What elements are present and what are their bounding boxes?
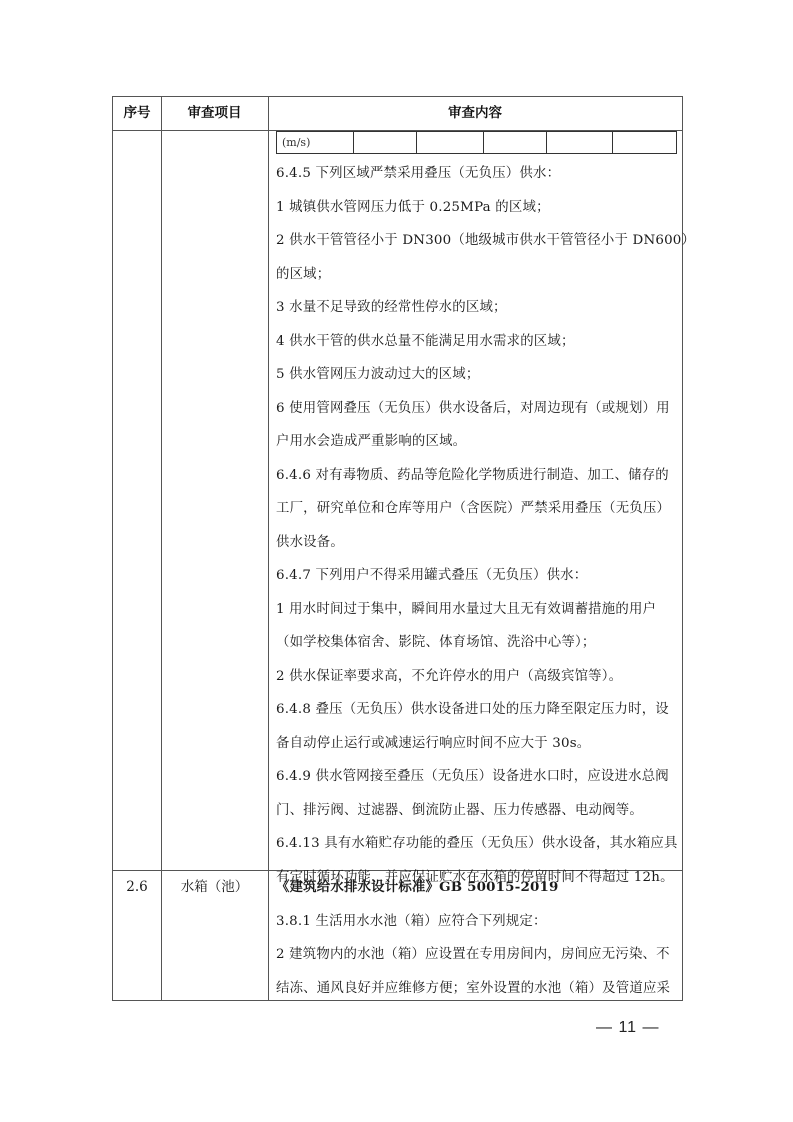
document-page: 序号 审查项目 审查内容 (m/s) 6.4.5 下列区域严禁采用叠压（无负压）… xyxy=(0,0,793,1122)
column-divider xyxy=(268,97,269,1000)
content-line: 2 供水干管管径小于 DN300（地级城市供水干管管径小于 DN600） xyxy=(276,224,680,258)
header-item: 审查项目 xyxy=(161,97,268,130)
content-line: 6 使用管网叠压（无负压）供水设备后，对周边现有（或规划）用 xyxy=(276,392,680,426)
content-line: 5 供水管网压力波动过大的区域； xyxy=(276,358,680,392)
row-seq: 2.6 xyxy=(113,871,161,904)
content-line: 结冻、通风良好并应维修方便；室外设置的水池（箱）及管道应采 xyxy=(276,972,680,1006)
inner-cell xyxy=(354,132,418,153)
content-line: 户用水会造成严重影响的区域。 xyxy=(276,425,680,459)
content-line: 3 水量不足导致的经常性停水的区域； xyxy=(276,291,680,325)
content-line: 供水设备。 xyxy=(276,526,680,560)
content-line: 门、排污阀、过滤器、倒流防止器、压力传感器、电动阀等。 xyxy=(276,794,680,828)
content-line: 1 用水时间过于集中，瞬间用水量过大且无有效调蓄措施的用户 xyxy=(276,593,680,627)
content-line: 工厂，研究单位和仓库等用户（含医院）严禁采用叠压（无负压） xyxy=(276,492,680,526)
row-content: 《建筑给水排水设计标准》GB 50015-2019 3.8.1 生活用水水池（箱… xyxy=(276,871,680,1005)
review-table: 序号 审查项目 审查内容 (m/s) 6.4.5 下列区域严禁采用叠压（无负压）… xyxy=(112,96,683,1001)
column-divider xyxy=(161,97,162,1000)
content-line: 的区域； xyxy=(276,258,680,292)
content-line: 6.4.6 对有毒物质、药品等危险化学物质进行制造、加工、储存的 xyxy=(276,459,680,493)
content-line: 备自动停止运行或减速运行响应时间不应大于 30s。 xyxy=(276,727,680,761)
content-line: （如学校集体宿舍、影院、体育场馆、洗浴中心等）； xyxy=(276,626,680,660)
content-line: 6.4.7 下列用户不得采用罐式叠压（无负压）供水： xyxy=(276,559,680,593)
inner-cell xyxy=(417,132,484,153)
content-line: 6.4.13 具有水箱贮存功能的叠压（无负压）供水设备，其水箱应具 xyxy=(276,827,680,861)
page-number: — 11 — xyxy=(596,1019,660,1037)
content-line: 6.4.9 供水管网接至叠压（无负压）设备进水口时，应设进水总阀 xyxy=(276,760,680,794)
inner-cell: (m/s) xyxy=(277,132,354,153)
row-content: 6.4.5 下列区域严禁采用叠压（无负压）供水： 1 城镇供水管网压力低于 0.… xyxy=(276,157,680,894)
standard-title: 《建筑给水排水设计标准》GB 50015-2019 xyxy=(276,871,680,905)
content-line: 4 供水干管的供水总量不能满足用水需求的区域； xyxy=(276,325,680,359)
inner-cell xyxy=(484,132,547,153)
inner-cell xyxy=(613,132,676,153)
content-line: 6.4.8 叠压（无负压）供水设备进口处的压力降至限定压力时，设 xyxy=(276,693,680,727)
inner-cell xyxy=(547,132,614,153)
header-content: 审查内容 xyxy=(268,97,682,130)
inner-speed-table: (m/s) xyxy=(276,131,677,154)
content-line: 2 供水保证率要求高，不允许停水的用户（高级宾馆等）。 xyxy=(276,660,680,694)
content-line: 1 城镇供水管网压力低于 0.25MPa 的区域； xyxy=(276,191,680,225)
content-line: 6.4.5 下列区域严禁采用叠压（无负压）供水： xyxy=(276,157,680,191)
content-line: 2 建筑物内的水池（箱）应设置在专用房间内，房间应无污染、不 xyxy=(276,938,680,972)
header-seq: 序号 xyxy=(113,97,161,130)
row-item: 水箱（池） xyxy=(161,871,268,904)
content-line: 3.8.1 生活用水水池（箱）应符合下列规定： xyxy=(276,905,680,939)
